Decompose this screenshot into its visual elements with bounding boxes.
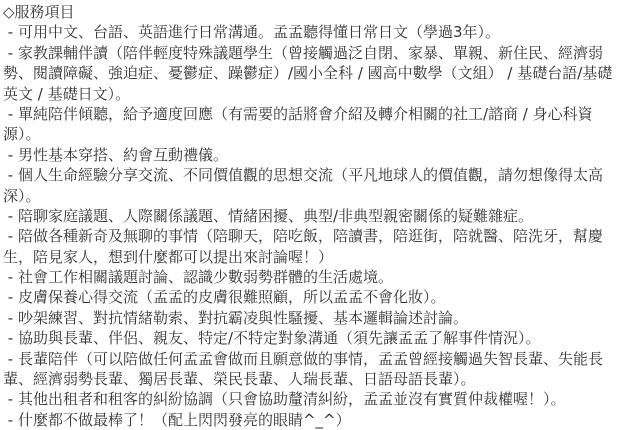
- text-line: 勢、閱讀障礙、強迫症、憂鬱症、躁鬱症）/國小全科 / 國高中數學（文組） / 基…: [3, 63, 638, 83]
- text-line: - 可用中文、台語、英語進行日常溝通。孟孟聽得懂日常日文（學過3年）。: [3, 22, 638, 42]
- text-line: - 什麼都不做最棒了！（配上閃閃發亮的眼睛^_^）: [3, 410, 638, 430]
- text-line: - 男性基本穿搭、約會互動禮儀。: [3, 145, 638, 165]
- text-line: - 吵架練習、對抗情緒勒索、對抗霸凌與性騷擾、基本邏輯論述討論。: [3, 308, 638, 328]
- text-line: 輩、經濟弱勢長輩、獨居長輩、榮民長輩、人瑞長輩、日語母語長輩）。: [3, 369, 638, 389]
- text-line: - 單純陪伴傾聽，給予適度回應（有需要的話將會介紹及轉介相關的社工/諮商 / 身…: [3, 104, 638, 124]
- text-line: - 皮膚保養心得交流（孟孟的皮膚很難照顧，所以孟孟不會化妝）。: [3, 287, 638, 307]
- text-line: - 家教課輔伴讀（陪伴輕度特殊議題學生（曾接觸過泛自閉、家暴、單親、新住民、經濟…: [3, 43, 638, 63]
- text-line: - 協助與長輩、伴侶、親友、特定/不特定對象溝通（須先讓孟孟了解事件情況）。: [3, 328, 638, 348]
- text-line: 生，陪見家人，想到什麼都可以提出來討論喔！）: [3, 247, 638, 267]
- text-line: - 個人生命經驗分享交流、不同價值觀的思想交流（平凡地球人的價值觀，請勿想像得太…: [3, 165, 638, 185]
- text-line: - 其他出租者和租客的糾紛協調（只會協助釐清糾紛，孟孟並沒有實質仲裁權喔！）。: [3, 389, 638, 409]
- section-heading: ◇服務項目: [3, 2, 638, 22]
- text-line: 深）。: [3, 186, 638, 206]
- text-line: - 陪做各種新奇及無聊的事情（陪聊天，陪吃飯，陪讀書，陪逛街，陪就醫、陪洗牙，幫…: [3, 226, 638, 246]
- text-line: - 長輩陪伴（可以陪做任何孟孟會做而且願意做的事情，孟孟曾經接觸過失智長輩、失能…: [3, 349, 638, 369]
- text-line: - 陪聊家庭議題、人際關係議題、情緒困擾、典型/非典型親密關係的疑難雜症。: [3, 206, 638, 226]
- text-line: - 社會工作相關議題討論、認識少數弱勢群體的生活處境。: [3, 267, 638, 287]
- service-items-document: ◇服務項目 - 可用中文、台語、英語進行日常溝通。孟孟聽得懂日常日文（學過3年）…: [0, 0, 638, 430]
- text-line: 源）。: [3, 124, 638, 144]
- text-line: 英文 / 基礎日文）。: [3, 84, 638, 104]
